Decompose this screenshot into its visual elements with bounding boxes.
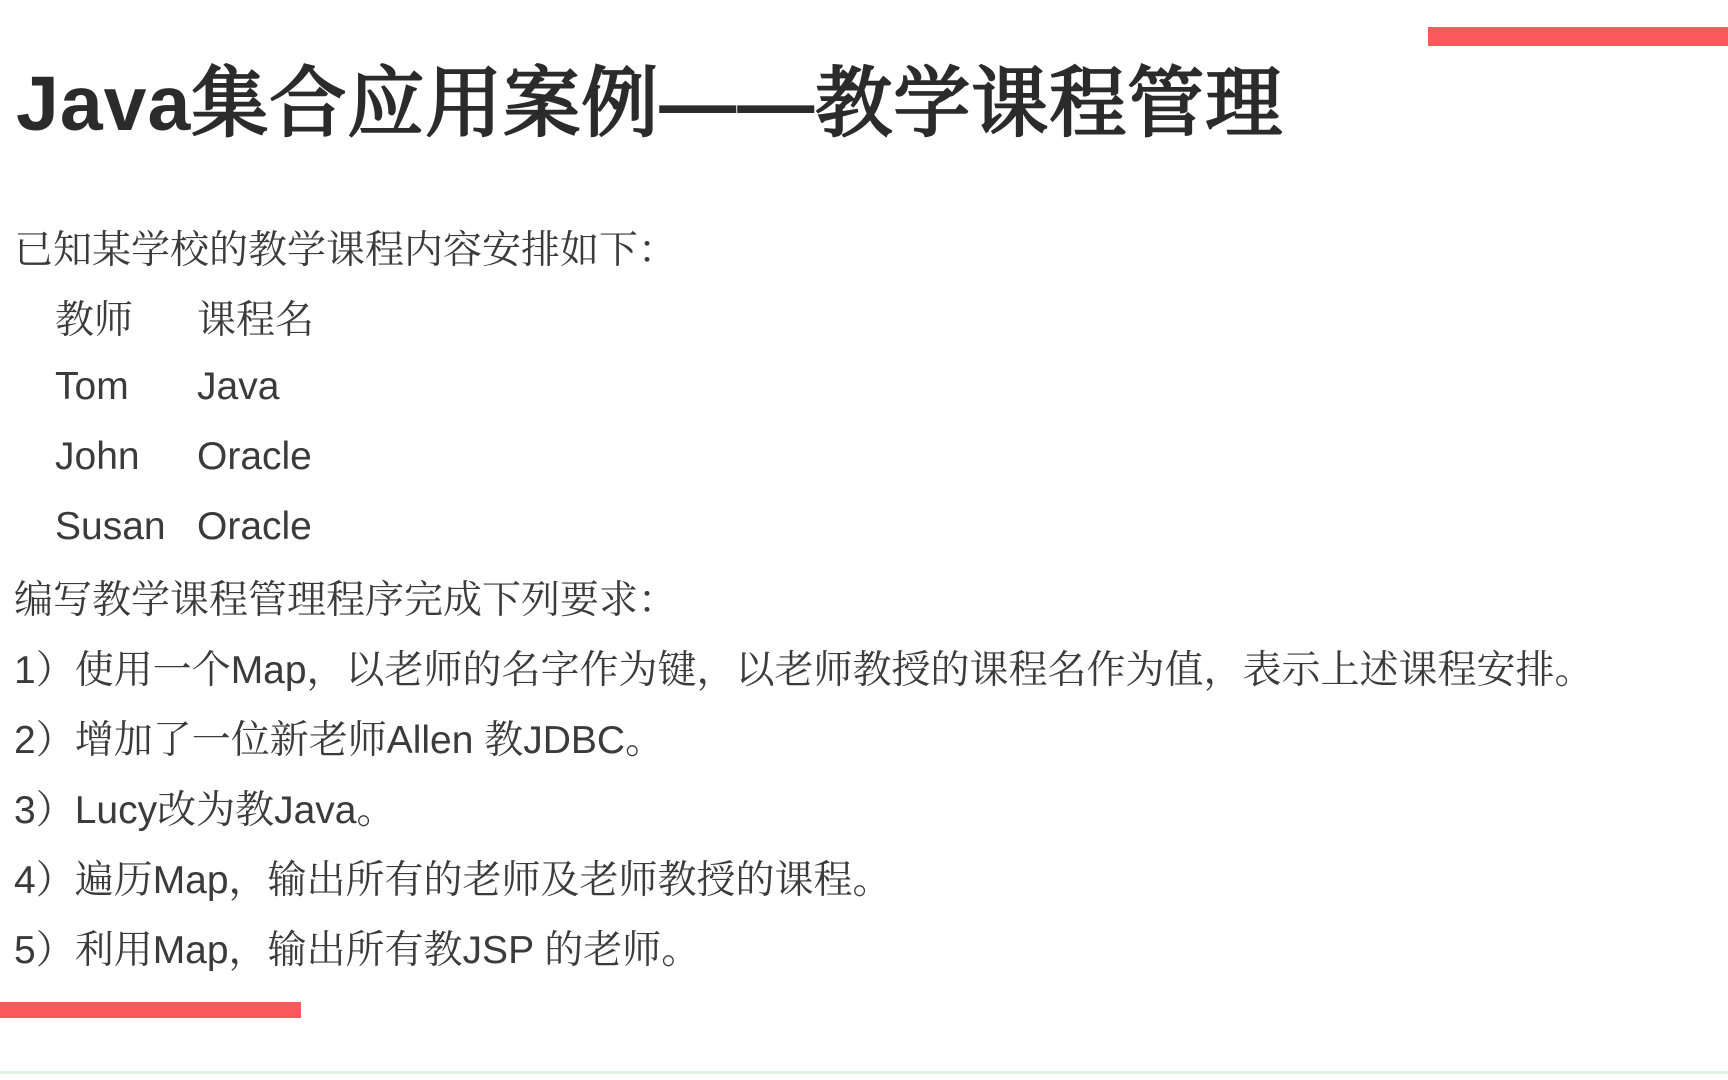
slide-canvas: Java集合应用案例——教学课程管理 已知某学校的教学课程内容安排如下： 教师 … [0,0,1728,1080]
requirement-item-1: 1）使用一个Map，以老师的名字作为键，以老师教授的课程名作为值，表示上述课程安… [0,632,1728,702]
schedule-header-course: 课程名 [197,289,314,345]
requirement-item-4: 4）遍历Map，输出所有的老师及老师教授的课程。 [0,842,1728,912]
schedule-teacher: John [55,435,197,479]
page-title: Java集合应用案例——教学课程管理 [16,58,1283,150]
schedule-course: Oracle [197,435,312,479]
requirement-item-3: 3）Lucy改为教Java。 [0,772,1728,842]
schedule-teacher: Susan [55,505,197,549]
intro-text: 已知某学校的教学课程内容安排如下： [0,212,1728,282]
schedule-teacher: Tom [55,365,197,409]
top-accent-bar [1428,27,1728,46]
table-row: John Oracle [0,422,1728,492]
bottom-accent-bar [0,1002,301,1018]
table-row: Susan Oracle [0,492,1728,562]
schedule-header-teacher: 教师 [55,289,197,345]
schedule-course: Java [197,365,279,409]
requirement-item-5: 5）利用Map，输出所有教JSP 的老师。 [0,912,1728,982]
table-row: Tom Java [0,352,1728,422]
schedule-header-row: 教师 课程名 [0,282,1728,352]
requirement-item-2: 2）增加了一位新老师Allen 教JDBC。 [0,702,1728,772]
schedule-course: Oracle [197,505,312,549]
requirements-intro: 编写教学课程管理程序完成下列要求： [0,562,1728,632]
slide-body: 已知某学校的教学课程内容安排如下： 教师 课程名 Tom Java John O… [0,212,1728,982]
bottom-edge-line [0,1071,1728,1074]
